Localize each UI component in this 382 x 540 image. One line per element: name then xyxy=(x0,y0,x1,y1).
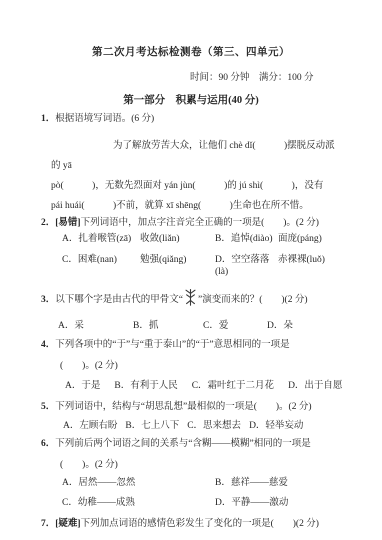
option-d: D．空空落落(là) xyxy=(215,254,278,278)
question-6-options: A．居然——忽然 B．慈祥——慈爱 C．幼稚——成熟 D．平静——激动 xyxy=(62,477,382,509)
question-1-passage: 为了解放劳苦大众，让他们 chè dǐ( )摆脱反动派的 yā pò( )，无数… xyxy=(51,136,342,216)
option-d: D．朵 xyxy=(267,320,382,332)
question-5-options: A．左顾右盼 B．七上八下 C．思来想去 D．轻举妄动 xyxy=(63,420,382,432)
question-3-number: 3． xyxy=(41,294,55,307)
option-c: C．幼稚——成熟 xyxy=(62,497,215,509)
option-a: A．居然——忽然 xyxy=(62,477,215,489)
option-c: C．思来想去 xyxy=(187,420,241,432)
option-b: B．七上八下 xyxy=(125,420,179,432)
oracle-bone-glyph-icon xyxy=(183,289,198,307)
question-7-header: 7．[疑难]下列加点词语的感情色彩发生了变化的一项是( )(2 分) xyxy=(41,518,352,531)
option-a: A．扎着喉管(zā) xyxy=(62,233,140,245)
option-a: A．左顾右盼 xyxy=(63,420,117,432)
question-3-text-before: 以下哪个字是由古代的甲骨文“ xyxy=(55,294,183,307)
option-d: D．平静——激动 xyxy=(215,497,382,509)
option-b-word2: 面庞(páng) xyxy=(278,233,382,245)
question-6-number: 6． xyxy=(41,439,55,449)
question-2-header: 2．[易错]下列词语中，加点字注音完全正确的一项是( )。(2 分) xyxy=(41,217,352,230)
section-heading: 第一部分 积累与运用(40 分) xyxy=(0,94,382,108)
exam-paper: 第二次月考达标检测卷（第三、四单元） 时间：90 分钟 满分：100 分 第一部… xyxy=(0,0,382,531)
option-c-word2: 勉强(qiǎng) xyxy=(140,254,215,278)
passage-line: pái huái( )不前，就算 xī shēng( )生命也在所不惜。 xyxy=(51,196,342,216)
question-5-header: 5．下列词语中，结构与“胡思乱想”最相似的一项是( )。(2 分) xyxy=(41,401,352,414)
question-4-answer-blank: ( )。(2 分) xyxy=(60,360,352,373)
question-1-number: 1． xyxy=(41,114,55,124)
time-score-line: 时间：90 分钟 满分：100 分 xyxy=(0,72,382,85)
question-4-header: 4．下列各项中的“于”与“重于泰山”的“于”意思相同的一项是 xyxy=(41,339,352,352)
question-7-number: 7． xyxy=(41,519,55,529)
question-5-number: 5． xyxy=(41,402,55,412)
option-d: D．出于自愿 xyxy=(288,380,342,392)
question-6-header: 6．下列前后两个词语之间的关系与“含糊——模糊”相同的一项是 xyxy=(41,438,352,451)
question-2-tag: [易错] xyxy=(55,218,80,228)
option-a: A．采 xyxy=(58,320,133,332)
question-2-options: A．扎着喉管(zā) 收敛(liǎn) B．追悼(diào) 面庞(páng) … xyxy=(62,233,382,278)
passage-line: pò( )，无数先烈面对 yán jùn( )的 jú shì( )，没有 xyxy=(51,176,342,196)
question-3-options: A．采 B．抓 C．爱 D．朵 xyxy=(58,320,382,332)
question-1-text: 根据语境写词语。(6 分) xyxy=(55,114,154,124)
option-c: C．困难(nan) xyxy=(62,254,140,278)
passage-line: 为了解放劳苦大众，让他们 chè dǐ( )摆脱反动派的 yā xyxy=(51,136,342,176)
option-d-word2: 赤裸裸(luǒ) xyxy=(278,254,382,278)
option-c: C．霜叶红于二月花 xyxy=(192,380,274,392)
option-b: B．有利于人民 xyxy=(114,380,177,392)
question-5-text: 下列词语中，结构与“胡思乱想”最相似的一项是( )。(2 分) xyxy=(55,402,311,412)
question-7-text: 下列加点词语的感情色彩发生了变化的一项是( )(2 分) xyxy=(81,519,319,529)
option-b: B．慈祥——慈爱 xyxy=(215,477,382,489)
question-4-number: 4． xyxy=(41,340,55,350)
question-1-header: 1．根据语境写词语。(6 分) xyxy=(41,113,352,126)
option-d: D．轻举妄动 xyxy=(249,420,303,432)
question-4-options: A．于是 B．有利于人民 C．霜叶红于二月花 D．出于自愿 xyxy=(65,380,382,392)
question-3-header: 3．以下哪个字是由古代的甲骨文“”演变而来的？( )(2 分) xyxy=(41,290,352,307)
question-6-answer-blank: ( )。(2 分) xyxy=(60,459,352,472)
option-a: A．于是 xyxy=(65,380,100,392)
question-2-text: 下列词语中，加点字注音完全正确的一项是( )。(2 分) xyxy=(81,218,319,228)
question-2-number: 2． xyxy=(41,218,55,228)
question-4-text: 下列各项中的“于”与“重于泰山”的“于”意思相同的一项是 xyxy=(55,340,289,350)
exam-title: 第二次月考达标检测卷（第三、四单元） xyxy=(0,46,382,60)
question-7-tag: [疑难] xyxy=(55,519,80,529)
option-c: C．爱 xyxy=(203,320,267,332)
question-3-text-after: ”演变而来的？( )(2 分) xyxy=(198,294,308,307)
option-a-word2: 收敛(liǎn) xyxy=(140,233,215,245)
option-b: B．追悼(diào) xyxy=(215,233,278,245)
option-b: B．抓 xyxy=(133,320,203,332)
question-6-text: 下列前后两个词语之间的关系与“含糊——模糊”相同的一项是 xyxy=(55,439,310,449)
